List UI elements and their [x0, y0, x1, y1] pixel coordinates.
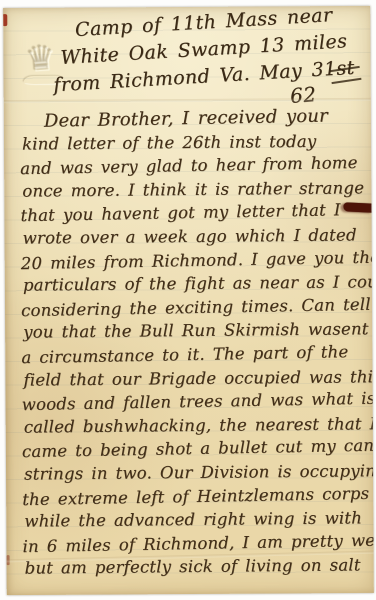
letter-body: Dear Brother, I received your kind lette…: [20, 106, 372, 580]
letter-photograph: ♛ Camp of 11th Mass near White Oak Swamp…: [0, 0, 376, 600]
body-line: but am perfectly sick of living on salt: [25, 554, 374, 581]
red-edge-mark: [3, 14, 7, 26]
letter-paper: ♛ Camp of 11th Mass near White Oak Swamp…: [3, 6, 374, 595]
ink-blot: [343, 202, 373, 212]
